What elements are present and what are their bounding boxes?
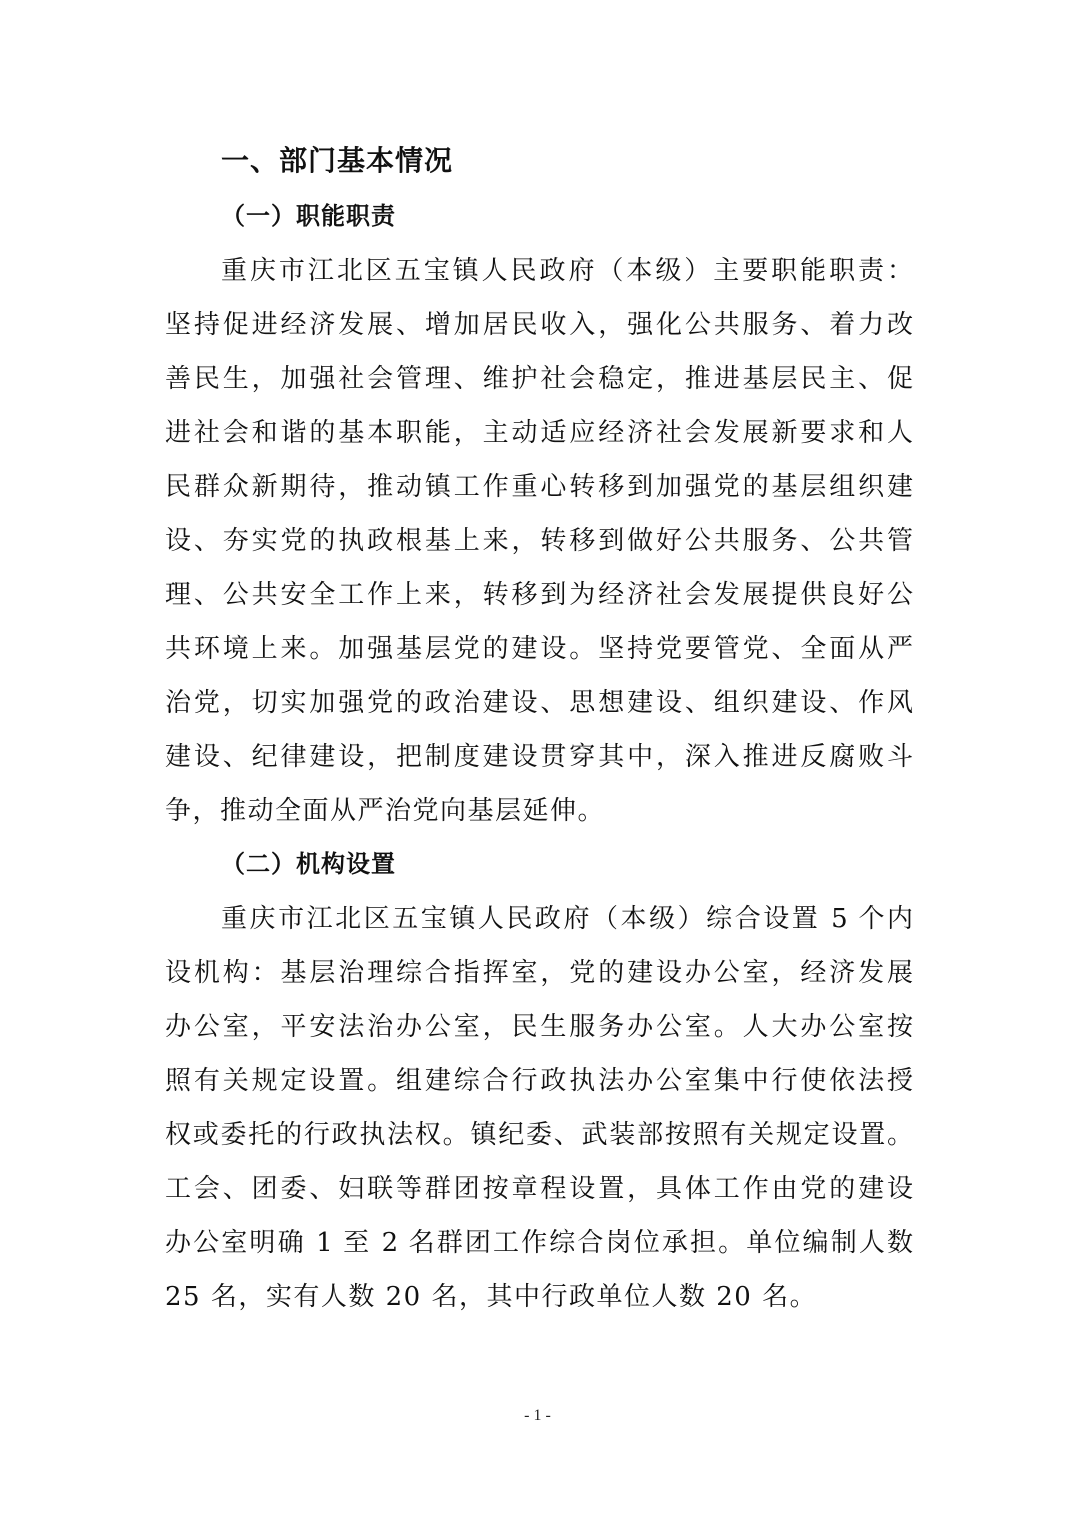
paragraph-line: 坚持促进经济发展、增加居民收入，强化公共服务、着力改 bbox=[165, 305, 913, 345]
paragraph-line: 治党，切实加强党的政治建设、思想建设、组织建设、作风 bbox=[165, 683, 913, 723]
paragraph-line: 进社会和谐的基本职能，主动适应经济社会发展新要求和人 bbox=[165, 413, 913, 453]
paragraph-line: 共环境上来。加强基层党的建设。坚持党要管党、全面从严 bbox=[165, 629, 913, 669]
paragraph-line: 民群众新期待，推动镇工作重心转移到加强党的基层组织建 bbox=[165, 467, 913, 507]
subsection-title-functions: （一）职能职责 bbox=[221, 196, 396, 236]
paragraph-line: 设机构：基层治理综合指挥室，党的建设办公室，经济发展 bbox=[165, 953, 913, 993]
paragraph-line: 25 名，实有人数 20 名，其中行政单位人数 20 名。 bbox=[165, 1277, 913, 1317]
paragraph-line: 建设、纪律建设，把制度建设贯穿其中，深入推进反腐败斗 bbox=[165, 737, 913, 777]
paragraph-line: 重庆市江北区五宝镇人民政府（本级）主要职能职责： bbox=[221, 251, 913, 291]
paragraph-line: 重庆市江北区五宝镇人民政府（本级）综合设置 5 个内 bbox=[221, 899, 913, 939]
page-number: - 1 - bbox=[0, 1404, 1075, 1428]
paragraph-line: 权或委托的行政执法权。镇纪委、武装部按照有关规定设置。 bbox=[165, 1115, 913, 1155]
paragraph-line: 工会、团委、妇联等群团按章程设置，具体工作由党的建设 bbox=[165, 1169, 913, 1209]
paragraph-line: 理、公共安全工作上来，转移到为经济社会发展提供良好公 bbox=[165, 575, 913, 615]
paragraph-line: 善民生，加强社会管理、维护社会稳定，推进基层民主、促 bbox=[165, 359, 913, 399]
paragraph-line: 办公室明确 1 至 2 名群团工作综合岗位承担。单位编制人数 bbox=[165, 1223, 913, 1263]
paragraph-line: 办公室，平安法治办公室，民生服务办公室。人大办公室按 bbox=[165, 1007, 913, 1047]
section-title: 一、部门基本情况 bbox=[221, 141, 453, 181]
paragraph-line: 争，推动全面从严治党向基层延伸。 bbox=[165, 791, 913, 831]
paragraph-line: 设、夯实党的执政根基上来，转移到做好公共服务、公共管 bbox=[165, 521, 913, 561]
document-page: 一、部门基本情况 （一）职能职责 重庆市江北区五宝镇人民政府（本级）主要职能职责… bbox=[0, 0, 1075, 1520]
subsection-title-organization: （二）机构设置 bbox=[221, 844, 396, 884]
paragraph-line: 照有关规定设置。组建综合行政执法办公室集中行使依法授 bbox=[165, 1061, 913, 1101]
